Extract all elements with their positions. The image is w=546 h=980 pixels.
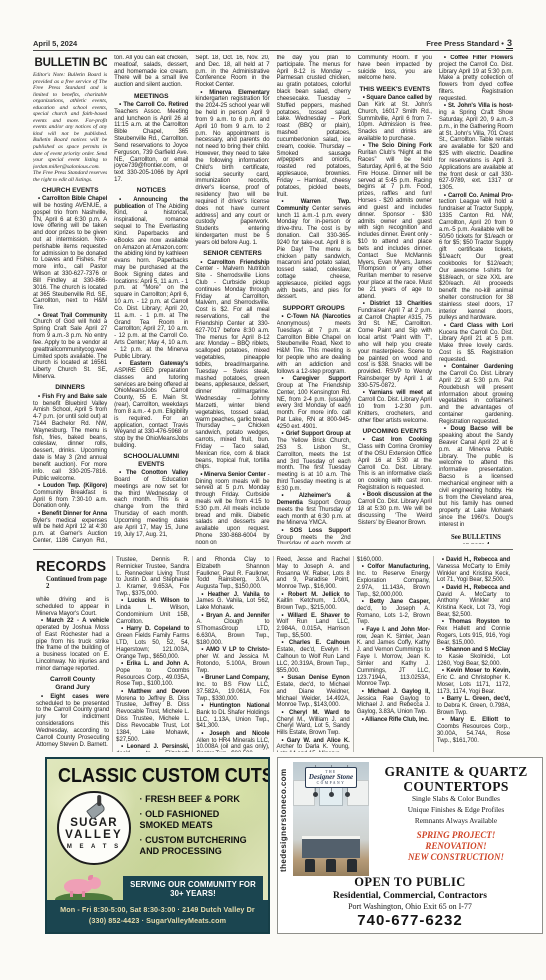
designer-stone-logo: THE Designer Stone COMPANY	[305, 767, 357, 788]
editors-note: Editor's Note: Bulletin Board is provide…	[33, 72, 107, 183]
section-heading: MEETINGS	[114, 93, 188, 101]
records-column-1: RECORDSContinued from page 2while drivin…	[33, 556, 112, 752]
ad-hours-address: Mon - Fri 8:30-5:00, Sat 8:30-3:00 · 214…	[49, 904, 266, 916]
page-header: April 5, 2024 Free Press Standard • 3	[33, 38, 513, 48]
records-subhead: Carroll County Grand Jury	[42, 676, 103, 692]
jump-line: See BULLETINS on page 4	[447, 534, 505, 544]
bulletin-column-6: • Coffee Filter Flowers project the Carr…	[439, 55, 513, 544]
ad-footer: OPEN TO PUBLIC Residential, Commercial, …	[282, 875, 538, 929]
news-item: • Lucius H. Wilson to Linda L. Wilson, C…	[116, 598, 189, 625]
ad-audience: Residential, Commercial, Contractors	[282, 891, 538, 901]
section-divider	[33, 549, 513, 550]
news-item: • Eight cases were scheduled to be prese…	[36, 694, 109, 749]
section-heading: THIS WEEK'S EVENTS	[358, 86, 432, 94]
news-item: • AMO V LP to Christo- pher W. and Jessi…	[196, 647, 269, 674]
news-item: • Minerva Elementary kindergarten regist…	[195, 90, 269, 247]
news-item: • SOS Loss Support Group meets the 2nd T…	[277, 528, 351, 544]
news-item: • Willard E. Shaver to Wolf Run Land LLC…	[277, 613, 350, 640]
logo-text: M E A T S	[59, 844, 129, 850]
news-item-continued: ton. All you can eat chicken, meatloaf, …	[114, 55, 188, 89]
ad-banner: SERVING OUR COMMUNITY FOR 30+ YEARS!	[123, 876, 263, 901]
ad-headline: CLASSIC CUSTOM CUTS	[58, 765, 257, 788]
news-item-continued: while driving and is scheduled to appear…	[36, 597, 109, 617]
news-item: • Barry L. Green, dec'd, to Debra K. Gre…	[437, 696, 510, 716]
ad-text-block: GRANITE & QUARTZ COUNTERTOPS Single Slab…	[373, 765, 539, 863]
news-item: • Card Class with Lori Kucera the Carrol…	[439, 323, 513, 364]
news-item: • Mary E. Elliott to Coombs Resources Co…	[437, 717, 510, 744]
bulletin-column-3: Sept. 18, Oct. 16, Nov. 20, and Dec. 18,…	[195, 55, 269, 544]
news-item: • Robert M. Jellick to Kaitlin Ketchum, …	[277, 592, 350, 612]
news-item: • Heather J. Vahila to James G. Vahila, …	[196, 592, 269, 612]
news-item: • Benefit Dinner for Anna Byler's medica…	[33, 511, 107, 544]
news-item: • The Conotton Valley Board of Education…	[114, 470, 188, 538]
news-item-continued: Sept. 18, Oct. 16, Nov. 20, and Dec. 18,…	[195, 55, 269, 89]
records-section: RECORDSContinued from page 2while drivin…	[33, 556, 513, 752]
news-item-continued: the day you plan to participate. The men…	[277, 55, 351, 198]
records-continued-note: Continued from page 2	[46, 576, 109, 591]
ad-phone-website: (330) 852-4423 · SugarValleyMeats.com	[49, 915, 266, 927]
news-item: • Gary W. and Alice K. Archer to Darla K…	[277, 738, 350, 752]
sugar-valley-meats-ad: CLASSIC CUSTOM CUTS SUGAR VALLEY M E A T…	[45, 757, 270, 934]
section-heading: DINNERS	[33, 384, 107, 392]
ad-headline: GRANITE & QUARTZ	[373, 765, 539, 780]
section-heading: NOTICES	[114, 187, 188, 195]
section-heading: SCHOOL/ALUMNI EVENTS	[114, 453, 188, 468]
news-item: • March 22 - A vehicle operated by Joshu…	[36, 618, 109, 673]
news-item: • Bruner Land Company, Inc. to BS Flow L…	[196, 675, 269, 702]
bulletin-board-section: BULLETIN BOARDEditor's Note: Bulletin Bo…	[33, 55, 513, 544]
designer-stone-ad: thedesignerstoneco.com THE Designer Ston…	[277, 757, 543, 934]
news-item: • Kevin Moser to Kevin, Eric C. and Chri…	[437, 668, 510, 695]
news-item: • Huntington National Bank to DL Shafer …	[196, 703, 269, 730]
ad-bullet: FRESH BEEF & PORK	[140, 795, 256, 806]
news-item: • C-Town NA (Narcotics Anonymous) meets …	[277, 314, 351, 375]
kitchen-photo: THE Designer Stone COMPANY	[293, 762, 369, 876]
news-item: • Matthew and Devon Morena to Jeffrey B.…	[116, 689, 189, 744]
separator-dot: •	[501, 39, 504, 48]
news-item: • Joseph and Nicole Allen to HR4 Mineral…	[196, 731, 269, 752]
news-item: • Harry D. Copeland to Green Fields Fami…	[116, 626, 189, 660]
ad-contact-info: Mon - Fri 8:30-5:00, Sat 8:30-3:00 · 214…	[47, 900, 268, 932]
records-column-2: Trustee, Dennis R. Rennicker Trustee, Sa…	[112, 556, 192, 752]
news-item: • Thomas Royston to Rex Hallett and Conn…	[437, 619, 510, 646]
ad-feature: Single Slabs & Color Bundles	[373, 794, 539, 805]
news-item: • Bryan A. and Jennifer A. Clough to STh…	[196, 613, 269, 647]
news-item: • David H., Rebecca and Vanessa McCarty …	[437, 557, 510, 584]
news-item-continued: $160,000.	[357, 557, 430, 564]
news-item: • Alzheimer's & Dementia Support Group m…	[277, 493, 351, 527]
news-item: • Yarnians will meet at Carroll Co. Dist…	[358, 390, 432, 424]
sugar-valley-logo: SUGAR VALLEY M E A T S	[57, 791, 131, 865]
news-item-continued: Reed, Jesse and Rachel May to Joseph A. …	[277, 557, 350, 591]
bulletin-column-5: Community Room. If you have been impacte…	[358, 55, 432, 544]
ad-bullet-list: FRESH BEEF & PORK OLD FASHIONED SMOKED M…	[131, 795, 255, 865]
records-column-3: and Rhonda Clay to Elizabeth Shannon Fau…	[192, 556, 272, 752]
section-heading: SUPPORT GROUPS	[277, 305, 351, 313]
news-item: • Faye I. and John Mor- row, Jean K. Sim…	[357, 627, 430, 688]
records-column-4: Reed, Jesse and Rachel May to Joseph A. …	[273, 556, 353, 752]
news-item: • Shannon and S McClay to Kasie Skolnick…	[437, 647, 510, 667]
news-item: • Michael J. Gaylog II, Jessica Rae Gayl…	[357, 689, 430, 716]
ad-body: SUGAR VALLEY M E A T S FRESH BEEF & PORK…	[57, 791, 262, 865]
news-item: • Container Gardening the Carroll Co. Di…	[439, 364, 513, 425]
open-to-public-label: OPEN TO PUBLIC	[282, 875, 538, 890]
news-item: • Great Trail Community Church of God wi…	[33, 313, 107, 381]
ad-promo-line: RENOVATION!	[373, 841, 539, 852]
news-item: • Charles E. Calhoun Estate, dec'd, Evel…	[277, 640, 350, 674]
news-item: • Loudon Twp. (Kilgore) Community Breakf…	[33, 483, 107, 510]
news-item: • Doug Bacso will be speaking about the …	[439, 426, 513, 528]
masthead-title: Free Press Standard	[426, 39, 499, 48]
records-title: RECORDS	[36, 558, 103, 575]
news-item: • Cheryl M. Ward to Cheryl M., William J…	[277, 710, 350, 737]
news-item: • The Scio Dining Fork Ruritan Club's “N…	[358, 143, 432, 300]
ad-promo-line: SPRING PROJECT!	[373, 830, 539, 841]
logo-text: VALLEY	[59, 829, 129, 842]
page-number: 3	[506, 38, 513, 49]
news-item: • Alliance Rifle Club, Inc.	[357, 717, 430, 724]
news-item: • David H., Rebecca and David A. McCarty…	[437, 585, 510, 619]
news-item-continued: Trustee, Dennis R. Rennicker Trustee, Sa…	[116, 557, 189, 598]
news-item: • Carrollton Bible Chapel will be hostin…	[33, 196, 107, 312]
news-item: • Carrollton Friendship Center - Malvern…	[195, 260, 269, 472]
records-column-6: • David H., Rebecca and Vanessa McCarty …	[433, 556, 513, 752]
news-item: • Carroll Co. Animal Pro- tection League…	[439, 193, 513, 323]
section-heading: UPCOMING EVENTS	[358, 428, 432, 436]
ad-feature: Unique Finishes & Edge Profiles	[373, 805, 539, 816]
news-item: • St. John's Villa is host- ing a Spring…	[439, 103, 513, 192]
masthead: Free Press Standard • 3	[426, 38, 513, 48]
news-item: • Leonard J. Persinski, dec'd, to Elizab…	[116, 744, 189, 752]
news-item: • Warren Twp. Community Center serves lu…	[277, 199, 351, 301]
news-item: • Susan Denise Eynon Estate, dec'd, to M…	[277, 675, 350, 709]
news-item: • Eastern Gateway's ASPIRE GED preparati…	[114, 361, 188, 450]
news-item: • Erika L. and John A. Pope to Coombs Re…	[116, 661, 189, 688]
ad-feature: Remnants Always Available	[373, 816, 539, 827]
news-item: • Caregiver Support Group at The Friends…	[277, 376, 351, 431]
ad-promo-line: NEW CONSTRUCTION!	[373, 852, 539, 863]
bulletin-board-title: BULLETIN BOARD	[34, 56, 105, 70]
ad-phone: 740-677-6232	[282, 912, 538, 929]
ad-headline: COUNTERTOPS	[373, 780, 539, 795]
news-item: • Book discussion at the Carroll Co. Dis…	[358, 492, 432, 526]
news-item: • District 13 Charities Fundraiser April…	[358, 301, 432, 390]
issue-date: April 5, 2024	[33, 39, 77, 48]
pig-icon	[64, 875, 102, 897]
logo-text: COMPANY	[306, 781, 356, 785]
bulletin-column-4: the day you plan to participate. The men…	[277, 55, 351, 544]
news-item: • Colfor Manufacturing, Inc. to Reserve …	[357, 564, 430, 598]
bulletin-column-2: ton. All you can eat chicken, meatloaf, …	[114, 55, 188, 544]
records-column-5: $160,000.• Colfor Manufacturing, Inc. to…	[353, 556, 433, 752]
news-item: • Announcing the publication of The Abid…	[114, 197, 188, 361]
ad-promo: SPRING PROJECT! RENOVATION! NEW CONSTRUC…	[373, 830, 539, 863]
news-item: • Fish Fry and Bake sale to benefit Blue…	[33, 394, 107, 483]
ad-location: Port Washington, Ohio Exit 65 on I-77	[282, 902, 538, 911]
bulletin-column-1: BULLETIN BOARDEditor's Note: Bulletin Bo…	[33, 55, 107, 544]
section-heading: CHURCH EVENTS	[33, 187, 107, 195]
website-vertical-text: thedesignerstoneco.com	[279, 763, 293, 877]
news-item: • Cast Iron Cooking Class with Corrina G…	[358, 437, 432, 492]
news-item: • Betty Jane Casper, dec'd, to Joseph A.…	[357, 599, 430, 626]
newspaper-page: April 5, 2024 Free Press Standard • 3 BU…	[0, 0, 546, 980]
news-item: • Coffee Filter Flowers project the Carr…	[439, 55, 513, 103]
news-item: • The Carroll Co. Retired Teachers Assoc…	[114, 102, 188, 184]
news-item: • Grief Support Group at The Yellow Bric…	[277, 431, 351, 492]
ad-bullet: OLD FASHIONED SMOKED MEATS	[140, 810, 256, 831]
news-item-continued: and Rhonda Clay to Elizabeth Shannon Fau…	[196, 557, 269, 591]
header-divider	[33, 50, 513, 51]
news-item: • Minerva Senior Center - Dining room me…	[195, 472, 269, 544]
news-item: • Square Dance called by Dan Kirk at St.…	[358, 95, 432, 143]
ad-bullet: CUSTOM BUTCHERING AND PROCESSING	[140, 836, 256, 857]
news-item-continued: Community Room. If you have been impacte…	[358, 55, 432, 82]
logo-text: Designer Stone	[306, 774, 356, 781]
section-heading: SENIOR CENTERS	[195, 250, 269, 258]
